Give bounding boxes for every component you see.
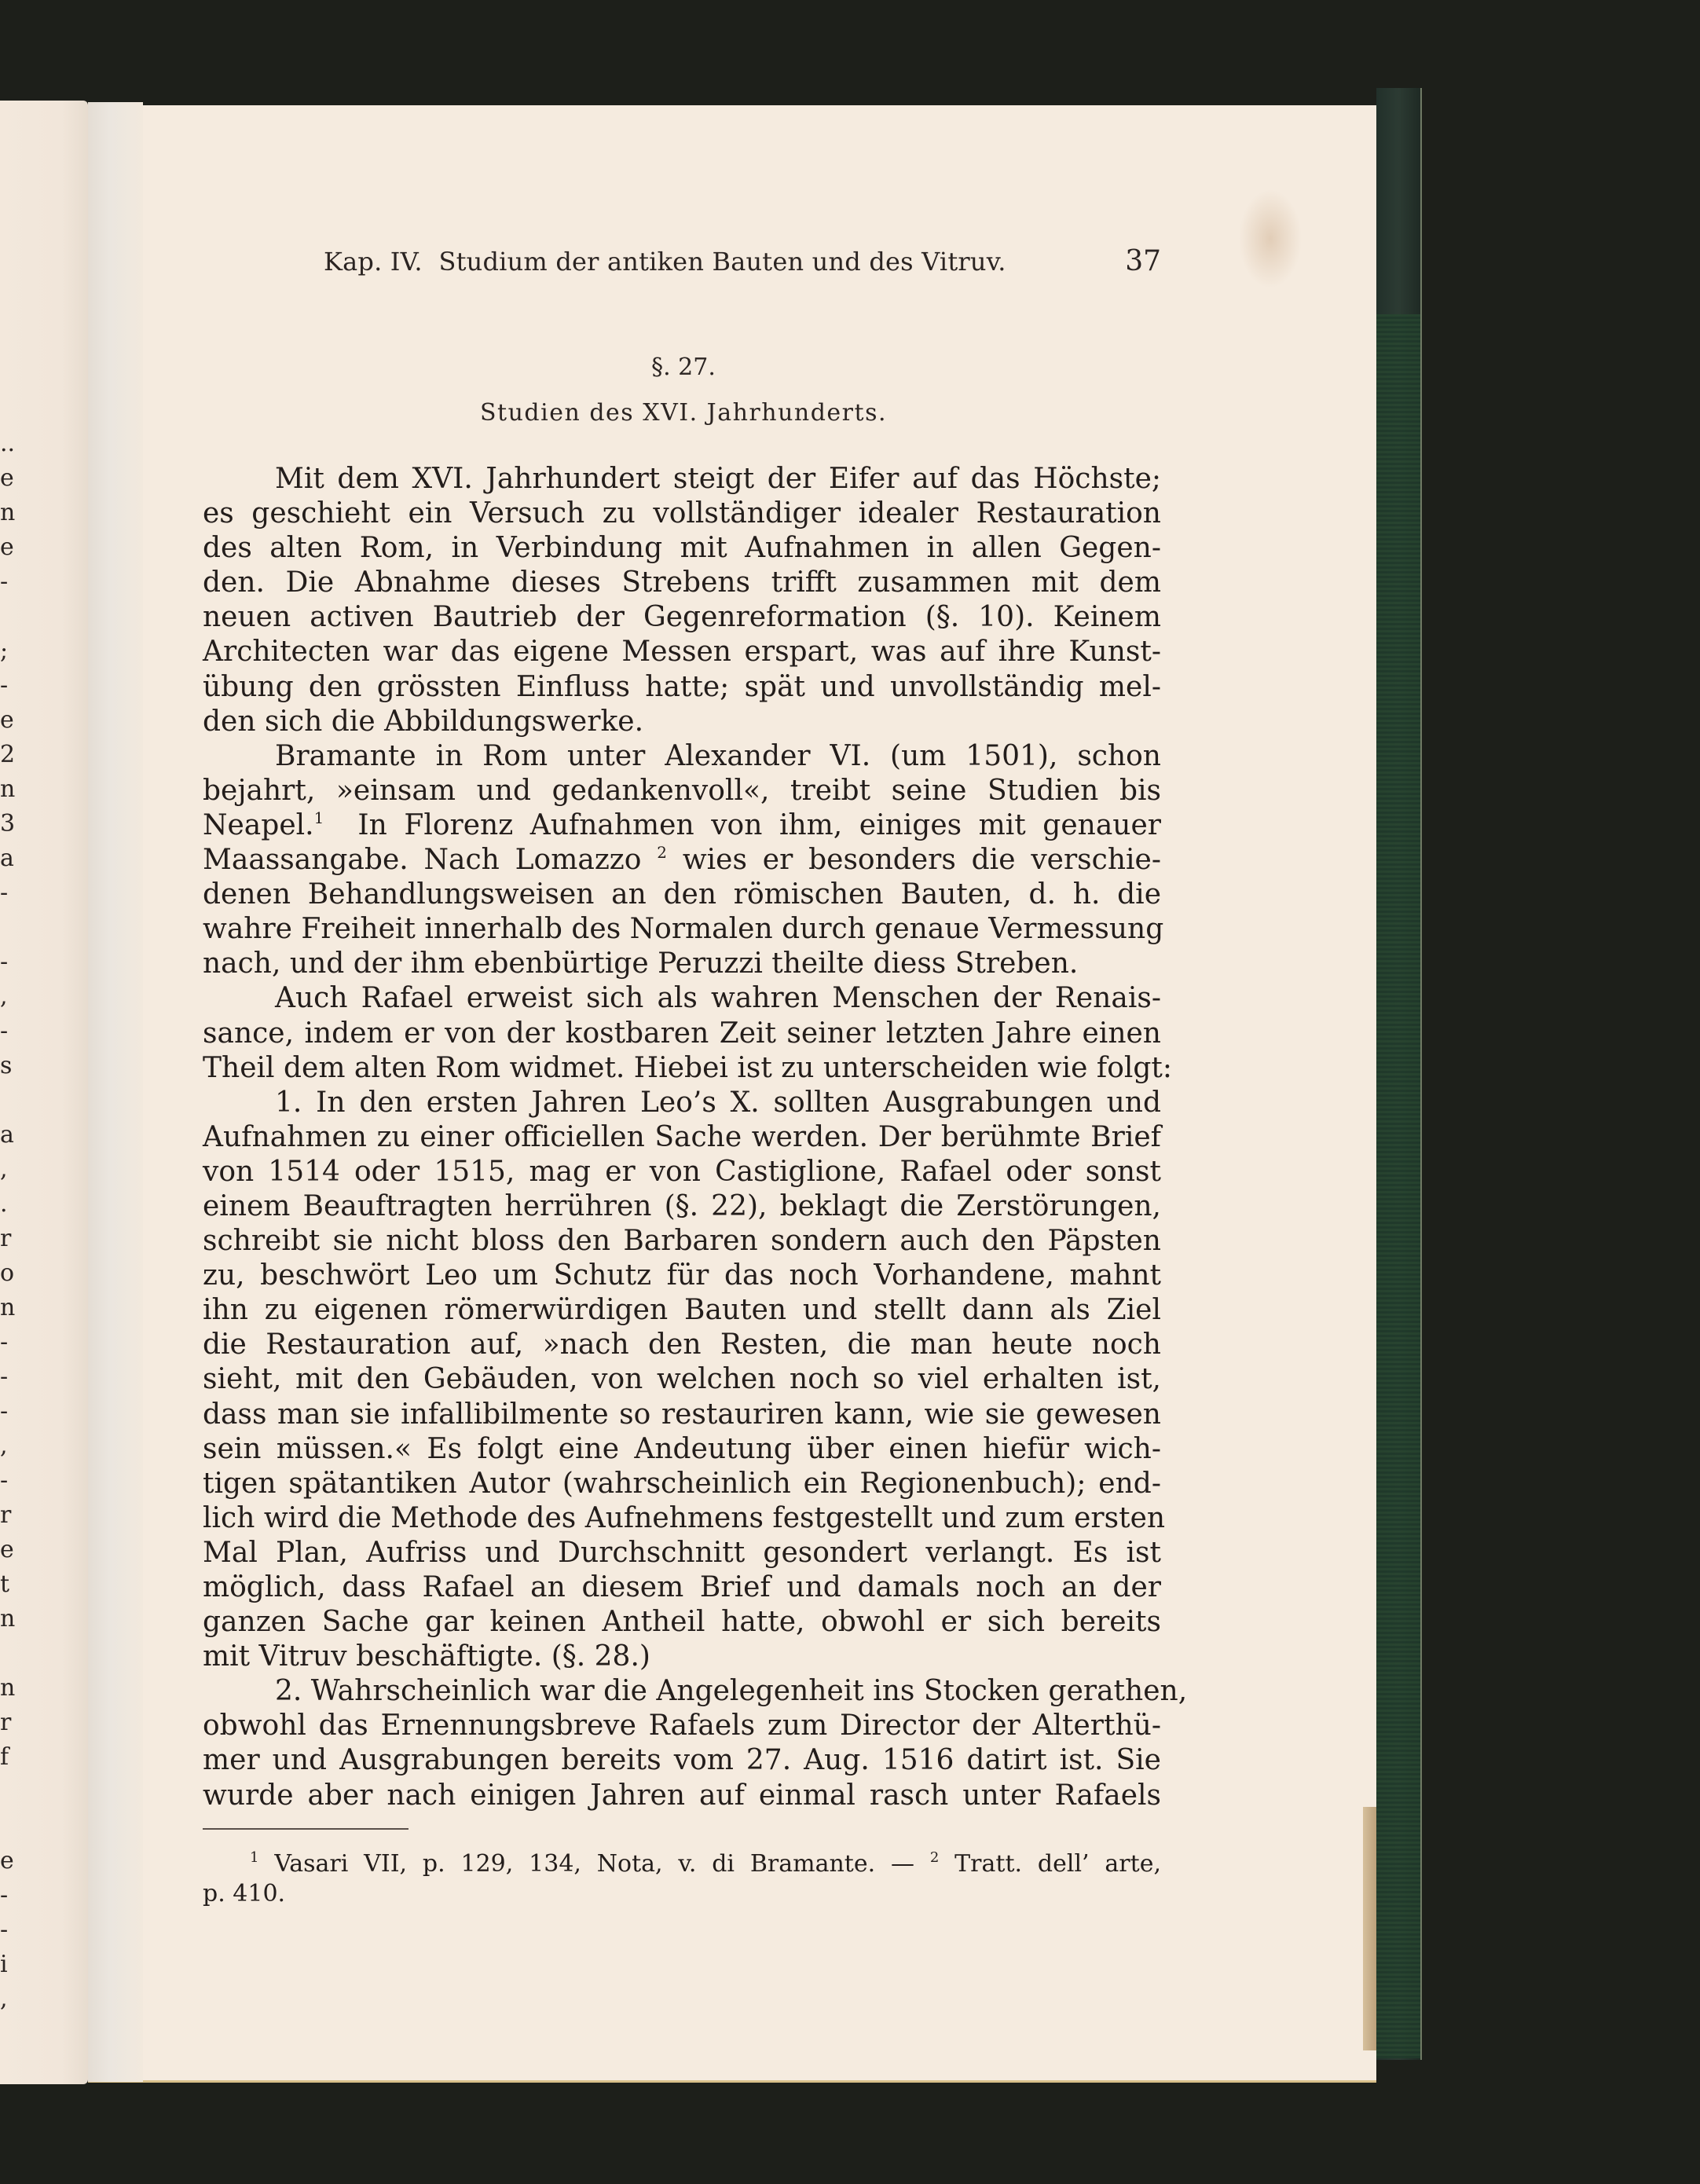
footnotes: 1 Vasari VII, p. 129, 134, Nota, v. di B… <box>203 1849 1161 1909</box>
text-line: wahre Freiheit innerhalb des Normalen du… <box>203 912 1161 947</box>
footnote-1-text: Vasari VII, p. 129, 134, Nota, v. di Bra… <box>274 1850 914 1878</box>
footnote-ref-1[interactable]: 1 <box>314 808 324 827</box>
footnote-line: 1 Vasari VII, p. 129, 134, Nota, v. di B… <box>203 1849 1161 1879</box>
text-line: ganzen Sache gar keinen Antheil hatte, o… <box>203 1605 1161 1640</box>
text-line: denen Behandlungsweisen an den römischen… <box>203 878 1161 912</box>
text-line: obwohl das Ernennungsbreve Rafaels zum D… <box>203 1709 1161 1743</box>
left-page-edge-text: .. e n e - ; - e 2 n 3 a - - , - s a , .… <box>0 427 16 2017</box>
text-line: die Restauration auf, »nach den Resten, … <box>203 1328 1161 1362</box>
text-line: tigen spätantiken Autor (wahrscheinlich … <box>203 1467 1161 1501</box>
text-line: Architecten war das eigene Messen erspar… <box>203 635 1161 669</box>
text-line: 1. In den ersten Jahren Leo’s X. sollten… <box>203 1086 1161 1120</box>
text-line: den sich die Abbildungswerke. <box>203 705 1161 739</box>
text-line: einem Beauftragten herrühren (§. 22), be… <box>203 1189 1161 1224</box>
text-line: mit Vitruv beschäftigte. (§. 28.) <box>203 1640 1161 1674</box>
section-number: §. 27. <box>0 354 1273 381</box>
text-segment: In Florenz Aufnahmen von ihm, einiges mi… <box>357 809 1161 841</box>
spine-leather-band <box>1376 314 1420 2058</box>
text-segment: wies er besonders die verschie- <box>683 844 1161 876</box>
text-line: sance, indem er von der kostbaren Zeit s… <box>203 1017 1161 1051</box>
text-line: dass man sie infallibilmente so restauri… <box>203 1398 1161 1432</box>
text-line: Mal Plan, Aufriss und Durchschnitt geson… <box>203 1536 1161 1570</box>
text-line: Bramante in Rom unter Alexander VI. (um … <box>203 739 1161 774</box>
running-head-title: Kap. IV. Studium der antiken Bauten und … <box>324 247 1006 277</box>
text-line: von 1514 oder 1515, mag er von Castiglio… <box>203 1155 1161 1189</box>
text-line: des alten Rom, in Verbindung mit Aufnahm… <box>203 531 1161 566</box>
text-line: Auch Rafael erweist sich als wahren Mens… <box>203 981 1161 1016</box>
text-line: wurde aber nach einigen Jahren auf einma… <box>203 1779 1161 1813</box>
footnote-ref-2[interactable]: 2 <box>657 843 667 862</box>
text-line: es geschieht ein Versuch zu vollständige… <box>203 497 1161 531</box>
text-line: neuen activen Bautrieb der Gegenreformat… <box>203 600 1161 635</box>
text-line: mer und Ausgrabungen bereits vom 27. Aug… <box>203 1743 1161 1778</box>
text-line: sein müssen.« Es folgt eine Andeutung üb… <box>203 1432 1161 1467</box>
text-line: bejahrt, »einsam und gedankenvoll«, trei… <box>203 774 1161 808</box>
text-line: möglich, dass Rafael an diesem Brief und… <box>203 1570 1161 1605</box>
section-title: Studien des XVI. Jahrhunderts. <box>0 399 1273 427</box>
page-number: 37 <box>1125 245 1161 277</box>
footnote-line: p. 410. <box>203 1879 1161 1909</box>
text-line: Aufnahmen zu einer officiellen Sache wer… <box>203 1120 1161 1155</box>
text-line: zu, beschwört Leo um Schutz für das noch… <box>203 1259 1161 1293</box>
text-line: übung den grössten Einfluss hatte; spät … <box>203 670 1161 705</box>
text-line: 2. Wahrscheinlich war die Angelegenheit … <box>203 1674 1161 1709</box>
footnote-marker-2: 2 <box>930 1849 939 1866</box>
text-line: schreibt sie nicht bloss den Barbaren so… <box>203 1224 1161 1259</box>
text-line-with-footnote-ref: Neapel.1 In Florenz Aufnahmen von ihm, e… <box>203 808 1161 843</box>
text-line: Mit dem XVI. Jahrhundert steigt der Eife… <box>203 462 1161 497</box>
text-segment: Neapel. <box>203 809 314 841</box>
footnote-divider <box>203 1828 409 1830</box>
left-page-fragment: .. e n e - ; - e 2 n 3 a - - , - s a , .… <box>0 101 88 2084</box>
text-line: den. Die Abnahme dieses Strebens trifft … <box>203 566 1161 600</box>
footnote-marker-1: 1 <box>250 1849 258 1866</box>
text-line: Theil dem alten Rom widmet. Hiebei ist z… <box>203 1051 1161 1086</box>
text-line-with-footnote-ref: Maassangabe. Nach Lomazzo 2 wies er beso… <box>203 843 1161 878</box>
text-line: nach, und der ihm ebenbürtige Peruzzi th… <box>203 947 1161 981</box>
body-text: Mit dem XVI. Jahrhundert steigt der Eife… <box>203 462 1161 1813</box>
footnote-2-text: Tratt. dell’ arte, <box>954 1850 1161 1878</box>
text-line: sieht, mit den Gebäuden, von welchen noc… <box>203 1362 1161 1397</box>
text-line: ihn zu eigenen römerwürdigen Bauten und … <box>203 1293 1161 1328</box>
running-head: Kap. IV. Studium der antiken Bauten und … <box>324 245 1161 277</box>
text-segment: Maassangabe. Nach Lomazzo <box>203 844 641 876</box>
text-line: lich wird die Methode des Aufnehmens fes… <box>203 1501 1161 1536</box>
